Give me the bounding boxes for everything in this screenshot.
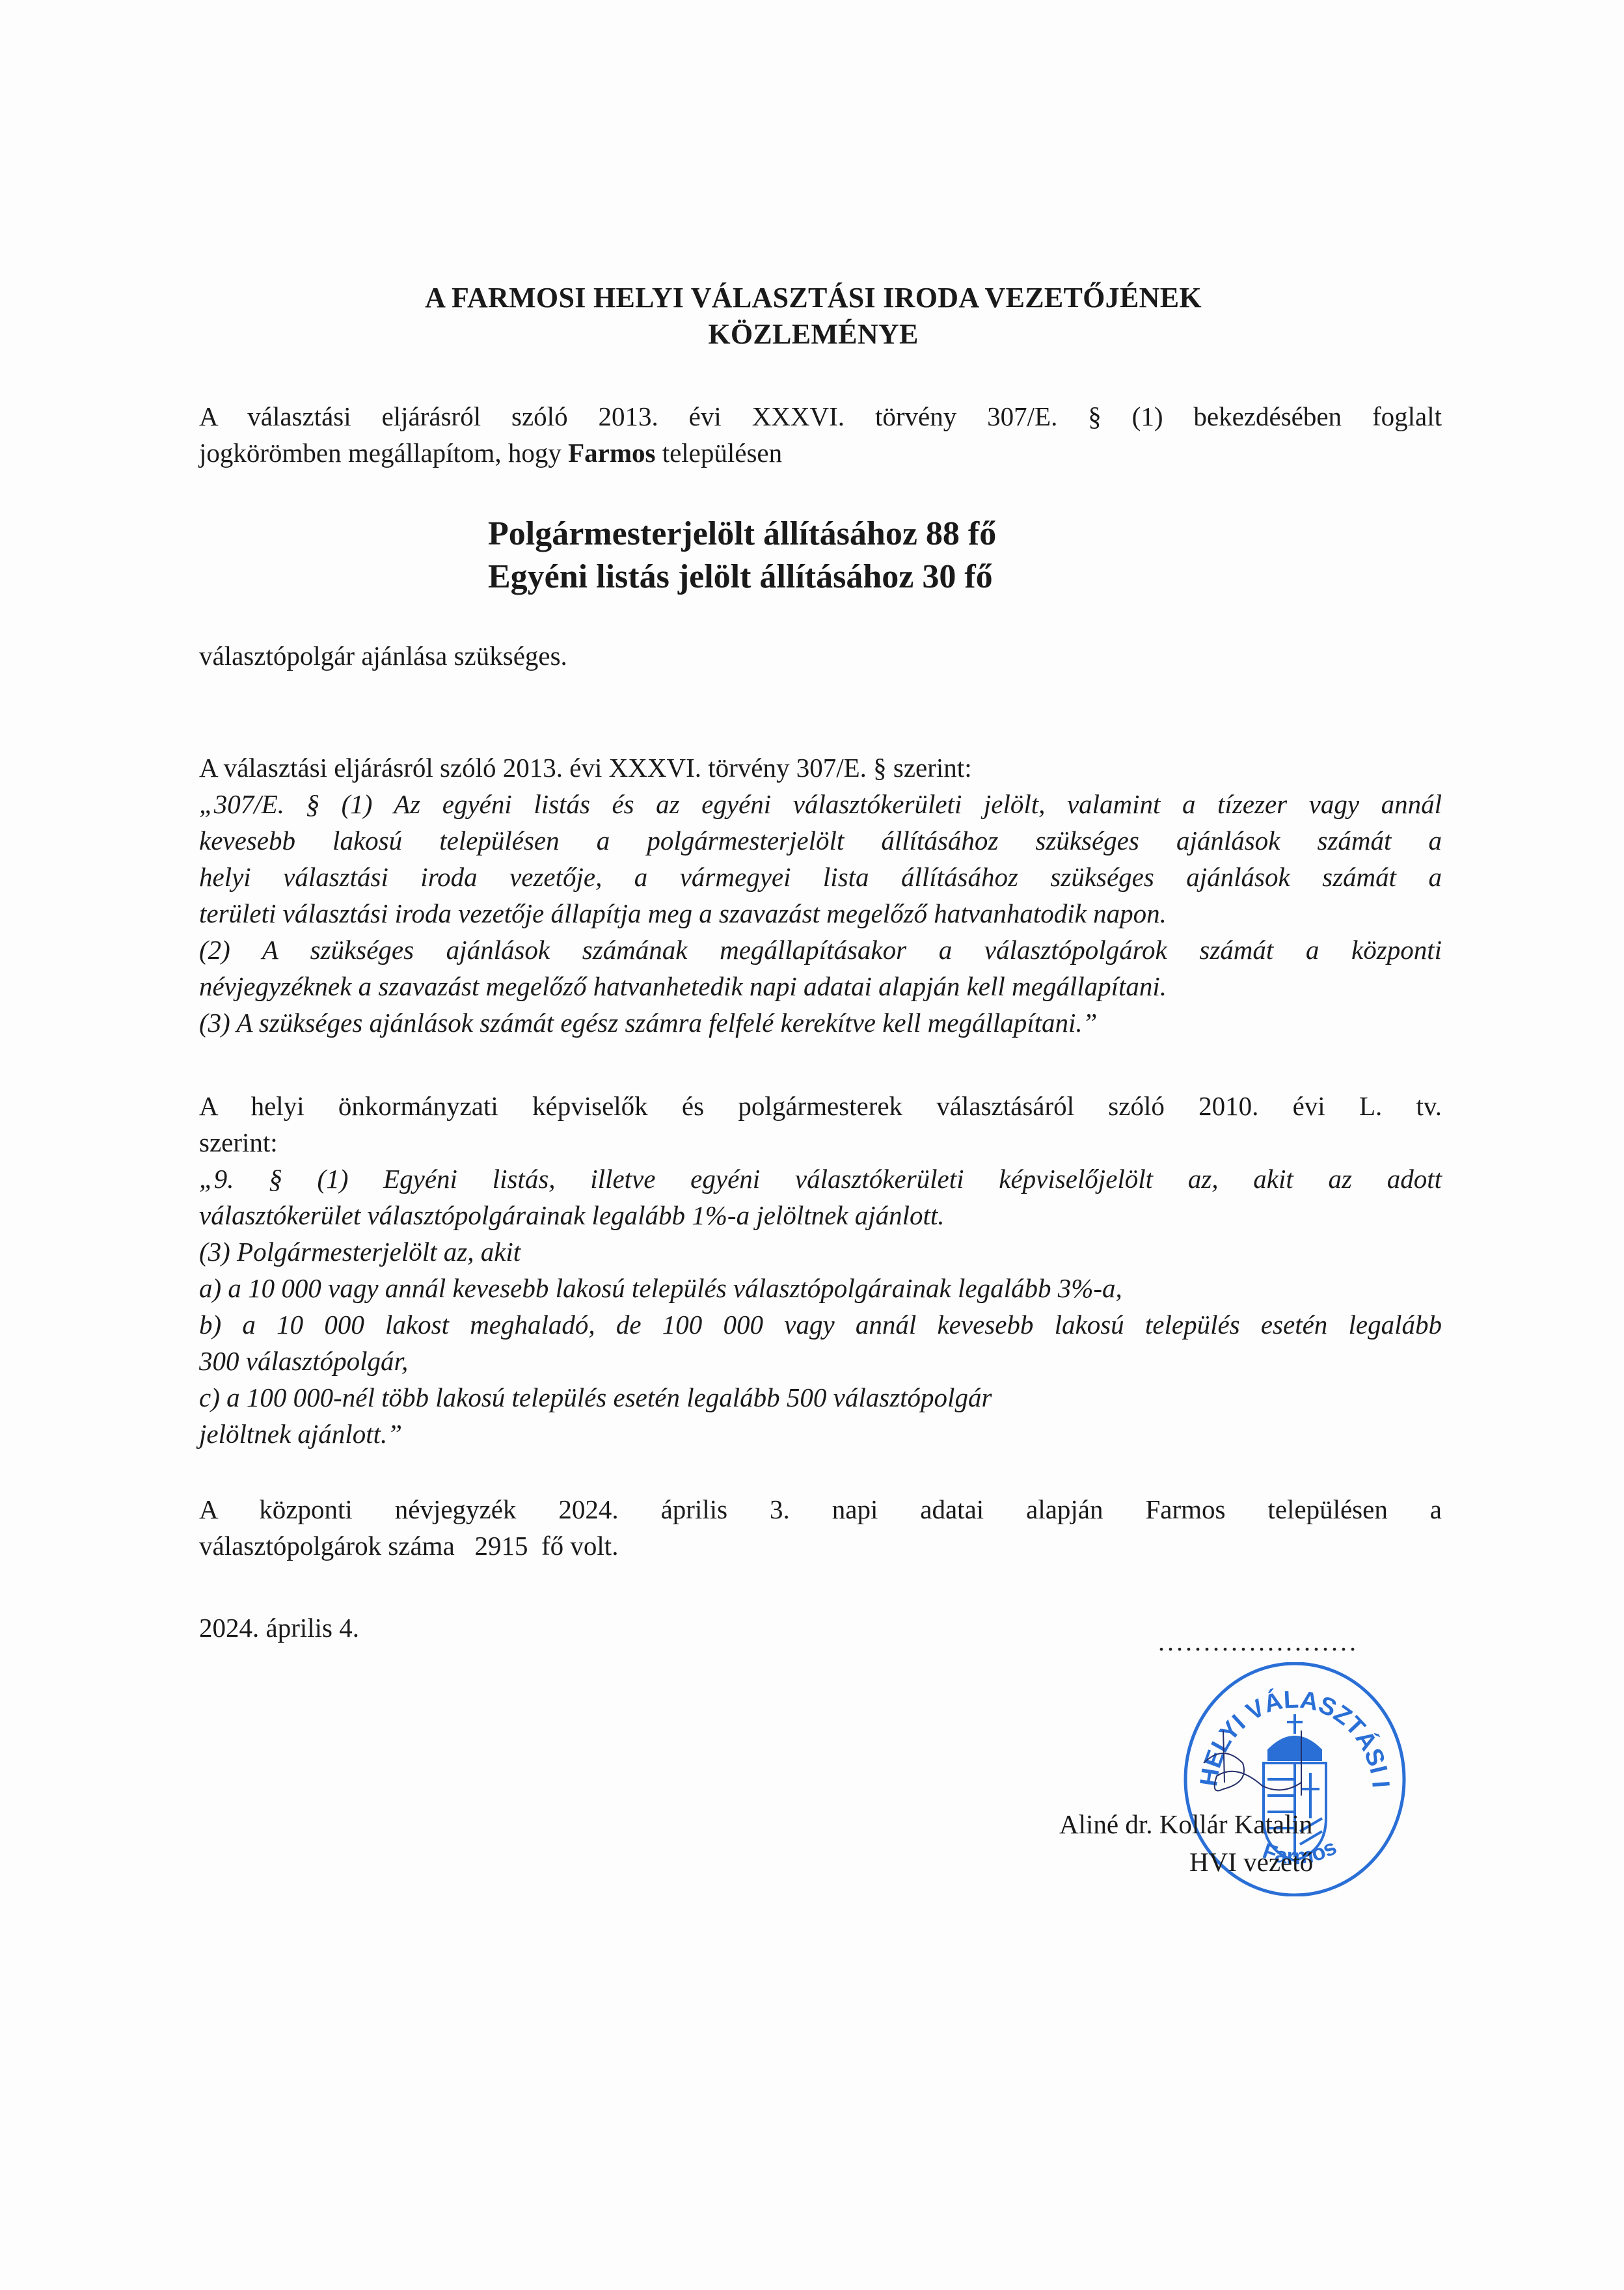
quote-line: 300 választópolgár,	[199, 1343, 1442, 1379]
voters-paragraph: A központi névjegyzék 2024. április 3. n…	[199, 1491, 1442, 1564]
signature-line: ......................	[1158, 1626, 1359, 1657]
voters-line-2: választópolgárok száma 2915 fő volt.	[199, 1528, 1442, 1564]
law1-quote: „307/E. § (1) Az egyéni listás és az egy…	[199, 786, 1442, 1041]
requirements-block: Polgármesterjelölt állításához 88 fő Egy…	[488, 513, 1139, 599]
intro-line-2: jogkörömben megállapítom, hogy Farmos te…	[199, 435, 1442, 471]
title-line-1: A FARMOSI HELYI VÁLASZTÁSI IRODA VEZETŐJ…	[195, 280, 1431, 316]
intro-prefix: jogkörömben megállapítom, hogy	[199, 438, 568, 468]
quote-line: jelöltnek ajánlott.”	[199, 1416, 1442, 1452]
quote-line: (2) A szükséges ajánlások számának megál…	[199, 932, 1442, 968]
law1-section: A választási eljárásról szóló 2013. évi …	[199, 749, 1442, 1041]
quote-line: (3) A szükséges ajánlások számát egész s…	[199, 1004, 1442, 1041]
voters-line-1: A központi névjegyzék 2024. április 3. n…	[199, 1491, 1442, 1528]
document-page: A FARMOSI HELYI VÁLASZTÁSI IRODA VEZETŐJ…	[0, 0, 1624, 2290]
settlement-name: Farmos	[568, 438, 655, 468]
requirement-note-text: választópolgár ajánlása szükséges.	[199, 638, 1442, 674]
intro-suffix: településen	[655, 438, 782, 468]
individual-list-requirement: Egyéni listás jelölt állításához 30 fő	[488, 556, 1139, 599]
mayor-requirement: Polgármesterjelölt állításához 88 fő	[488, 513, 1139, 556]
quote-line: a) a 10 000 vagy annál kevesebb lakosú t…	[199, 1270, 1442, 1306]
quote-line: választókerület választópolgárainak lega…	[199, 1197, 1442, 1233]
signatory-role: HVI vezető	[1189, 1846, 1313, 1878]
law1-heading: A választási eljárásról szóló 2013. évi …	[199, 749, 1442, 786]
quote-line: (3) Polgármesterjelölt az, akit	[199, 1233, 1442, 1270]
law2-section: A helyi önkormányzati képviselők és polg…	[199, 1088, 1442, 1452]
law2-quote: „9. § (1) Egyéni listás, illetve egyéni …	[199, 1161, 1442, 1452]
quote-line: helyi választási iroda vezetője, a várme…	[199, 859, 1442, 895]
quote-line: „9. § (1) Egyéni listás, illetve egyéni …	[199, 1161, 1442, 1197]
intro-line-1: A választási eljárásról szóló 2013. évi …	[199, 398, 1442, 435]
quote-line: területi választási iroda vezetője állap…	[199, 895, 1442, 932]
requirement-note: választópolgár ajánlása szükséges.	[199, 638, 1442, 674]
quote-line: b) a 10 000 lakost meghaladó, de 100 000…	[199, 1306, 1442, 1343]
document-title: A FARMOSI HELYI VÁLASZTÁSI IRODA VEZETŐJ…	[195, 280, 1431, 353]
quote-line: kevesebb lakosú településen a polgármest…	[199, 822, 1442, 859]
law2-heading-line-2: szerint:	[199, 1124, 1442, 1161]
quote-line: c) a 100 000-nél több lakosú település e…	[199, 1379, 1442, 1416]
quote-line: „307/E. § (1) Az egyéni listás és az egy…	[199, 786, 1442, 822]
intro-paragraph: A választási eljárásról szóló 2013. évi …	[199, 398, 1442, 471]
signatory-name: Aliné dr. Kollár Katalin	[1059, 1809, 1312, 1840]
law2-heading-line-1: A helyi önkormányzati képviselők és polg…	[199, 1088, 1442, 1124]
title-line-2: KÖZLEMÉNYE	[195, 316, 1431, 353]
quote-line: névjegyzéknek a szavazást megelőző hatva…	[199, 968, 1442, 1004]
handwritten-signature-icon	[1197, 1724, 1314, 1809]
